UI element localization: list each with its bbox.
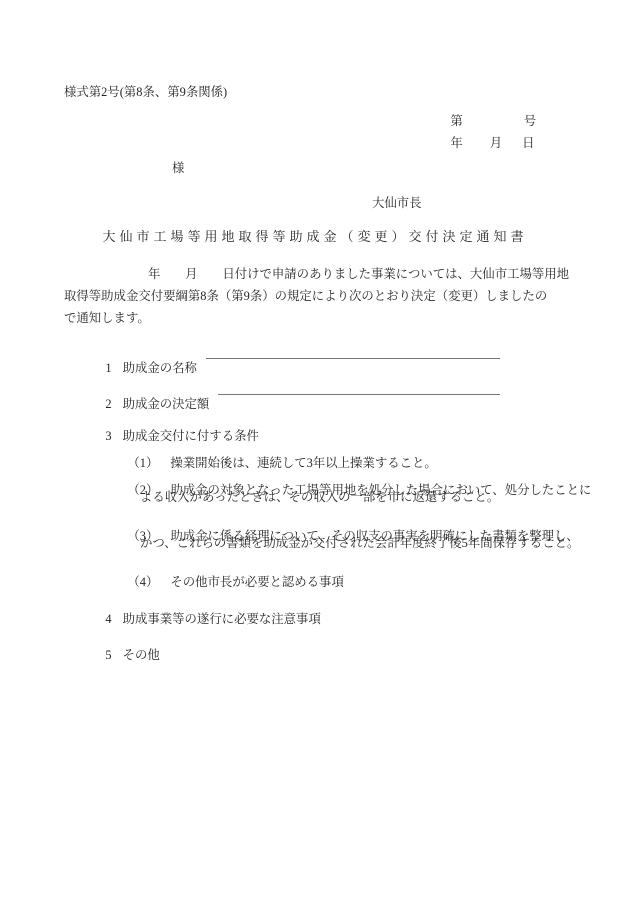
item-2-label: 助成金の決定額 (123, 397, 210, 411)
form-reference: 様式第2号(第8条、第9条関係) (64, 85, 227, 101)
body-line-1: 年 月 日付けで申請のありました事業については、大仙市工場等用地 (148, 267, 569, 283)
grant-name-field[interactable] (206, 358, 500, 359)
sender-name: 大仙市長 (372, 196, 422, 212)
item-5: 5その他 (93, 632, 160, 679)
date-day-label: 日 (522, 136, 534, 150)
date-line: 年月日 (438, 120, 535, 167)
notification-document: 様式第2号(第8条、第9条関係) 第号 年月日 様 大仙市長 大仙市工場等用地取… (0, 0, 630, 903)
date-day-blank[interactable] (502, 138, 522, 151)
item-3-sub-3-text-line-2: かつ、これらの書類を助成金が交付された会計年度終了後5年間保存すること。 (140, 536, 579, 552)
body-line-2: 取得等助成金交付要綱第8条（第9条）の規定により次のとおり決定（変更）しましたの (64, 289, 547, 305)
item-3-sub-2-text-line-2: よる収入があったときは、その収入の一部を市に返還すること。 (140, 490, 499, 506)
item-5-number: 5 (105, 648, 111, 662)
item-1-label: 助成金の名称 (123, 361, 197, 375)
item-4-number: 4 (105, 612, 111, 626)
date-year-label: 年 (450, 136, 462, 150)
item-1-number: 1 (105, 361, 111, 375)
item-5-label: その他 (123, 648, 160, 662)
item-2-number: 2 (105, 397, 111, 411)
addressee-honorific: 様 (172, 161, 184, 177)
date-month-label: 月 (490, 136, 502, 150)
item-3-sub-4-number: （4） (127, 575, 158, 589)
item-3-number: 3 (105, 429, 111, 443)
date-month-blank[interactable] (463, 138, 490, 151)
document-title: 大仙市工場等用地取得等助成金（変更）交付決定通知書 (0, 226, 630, 245)
grant-amount-field[interactable] (218, 394, 500, 395)
body-line-3: で通知します。 (64, 311, 150, 327)
item-4-label: 助成事業等の遂行に必要な注意事項 (123, 612, 321, 626)
item-3-sub-4-text: その他市長が必要と認める事項 (170, 575, 343, 589)
